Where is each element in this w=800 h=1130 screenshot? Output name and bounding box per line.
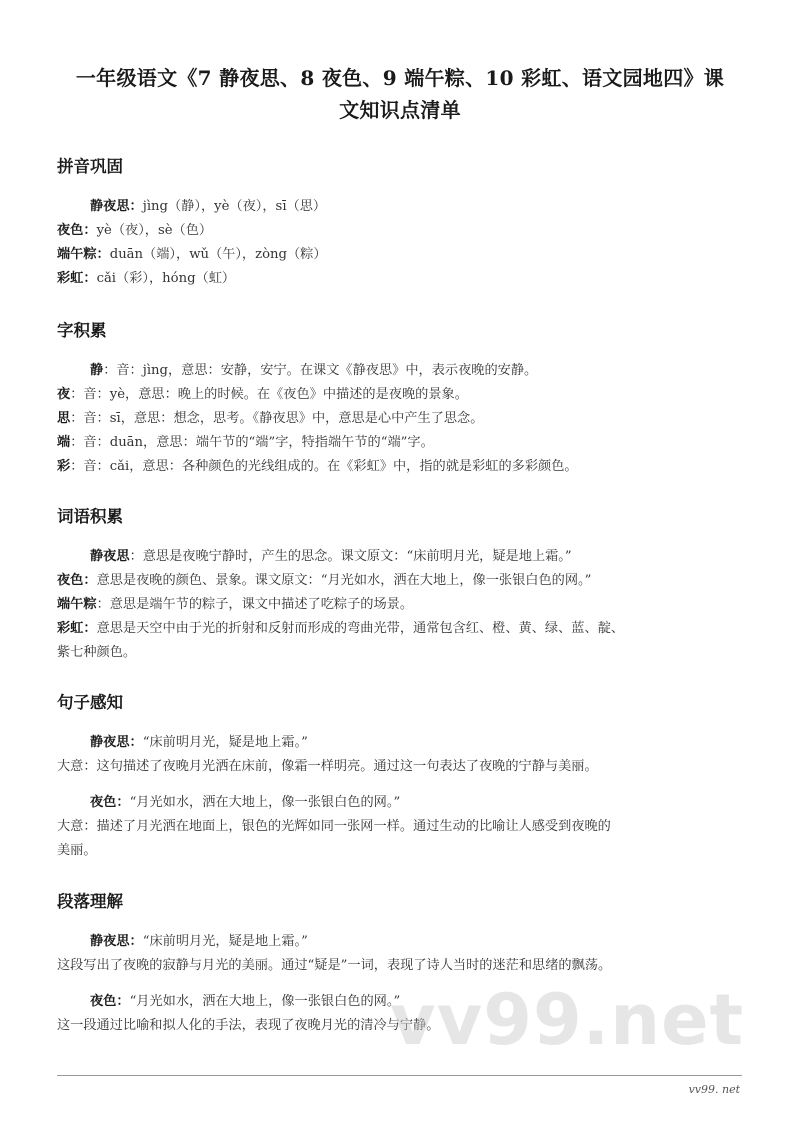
paragraph-explanation: 这段写出了夜晚的寂静与月光的美丽。通过“疑是”一词，表现了诗人当时的迷茫和思绪的… [57,954,747,978]
character-text: ：音：yè，意思：晚上的时候。在《夜色》中描述的是夜晚的景象。 [70,387,468,402]
pinyin-text: cǎi（彩），hóng（虹） [97,271,236,286]
term-label: 静夜思： [90,199,143,214]
term-label: 静夜思： [90,735,143,750]
paragraph-quote: 夜色：“月光如水，洒在大地上，像一张银白色的网。” [57,990,747,1014]
term-label: 夜色： [57,223,97,238]
footer-site-label: vv99. net [689,1083,740,1096]
character-line: 端：音：duān，意思：端午节的“端”字，特指端午节的“端”字。 [57,431,747,455]
term-label: 夜色： [90,994,130,1009]
sentence-explanation-continued: 美丽。 [57,839,747,863]
quote-text: “月光如水，洒在大地上，像一张银白色的网。” [130,994,401,1009]
quote-text: “床前明月光，疑是地上霜。” [143,735,308,750]
section-heading: 拼音巩固 [57,156,747,178]
vocabulary-line: 夜色：意思是夜晚的颜色、景象。课文原文：“月光如水，洒在大地上，像一张银白色的网… [57,569,747,593]
term-label: 端午粽 [57,597,97,612]
character-line: 彩：音：cǎi，意思：各种颜色的光线组成的。在《彩虹》中，指的就是彩虹的多彩颜色… [57,455,747,479]
term-label: 端 [57,435,70,450]
term-label: 夜色： [90,795,130,810]
section-heading: 字积累 [57,320,747,342]
term-label: 思 [57,411,70,426]
vocabulary-line-continued: 紫七种颜色。 [57,641,747,665]
title-line-1: 一年级语文《7 静夜思、8 夜色、9 端午粽、10 彩虹、语文园地四》课 [55,62,745,94]
term-label: 静夜思： [90,934,143,949]
section-heading: 词语积累 [57,506,747,528]
paragraph-explanation: 这一段通过比喻和拟人化的手法，表现了夜晚月光的清冷与宁静。 [57,1014,747,1038]
section-heading: 句子感知 [57,692,747,714]
section-pinyin: 拼音巩固 静夜思：jìng（静），yè（夜），sī（思） 夜色：yè（夜），sè… [57,156,747,291]
vocabulary-text: 紫七种颜色。 [57,645,136,660]
character-line: 静：音：jìng，意思：安静，安宁。在课文《静夜思》中，表示夜晚的安静。 [57,359,747,383]
character-text: ：音：duān，意思：端午节的“端”字，特指端午节的“端”字。 [70,435,434,450]
sentence-quote: 夜色：“月光如水，洒在大地上，像一张银白色的网。” [57,791,747,815]
character-line: 夜：音：yè，意思：晚上的时候。在《夜色》中描述的是夜晚的景象。 [57,383,747,407]
pinyin-text: duān（端），wǔ（午），zòng（粽） [110,247,327,262]
sentence-quote: 静夜思：“床前明月光，疑是地上霜。” [57,731,747,755]
vocabulary-line: 彩虹：意思是天空中由于光的折射和反射而形成的弯曲光带，通常包含红、橙、黄、绿、蓝… [57,617,747,641]
section-sentences: 句子感知 静夜思：“床前明月光，疑是地上霜。” 大意：这句描述了夜晚月光洒在床前… [57,692,747,863]
document-title: 一年级语文《7 静夜思、8 夜色、9 端午粽、10 彩虹、语文园地四》课 文知识… [55,62,745,126]
pinyin-line: 夜色：yè（夜），sè（色） [57,219,747,243]
term-label: 夜 [57,387,70,402]
title-line-2: 文知识点清单 [55,94,745,126]
quote-text: “床前明月光，疑是地上霜。” [143,934,308,949]
term-label: 彩虹： [57,621,97,636]
vocabulary-line: 端午粽：意思是端午节的粽子，课文中描述了吃粽子的场景。 [57,593,747,617]
section-paragraphs: 段落理解 静夜思：“床前明月光，疑是地上霜。” 这段写出了夜晚的寂静与月光的美丽… [57,891,747,1038]
sentence-explanation: 大意：这句描述了夜晚月光洒在床前，像霜一样明亮。通过这一句表达了夜晚的宁静与美丽… [57,755,747,779]
paragraph-quote: 静夜思：“床前明月光，疑是地上霜。” [57,930,747,954]
character-line: 思：音：sī，意思：想念，思考。《静夜思》中，意思是心中产生了思念。 [57,407,747,431]
term-label: 夜色： [57,573,97,588]
character-text: ：音：sī，意思：想念，思考。《静夜思》中，意思是心中产生了思念。 [70,411,483,426]
pinyin-text: yè（夜），sè（色） [97,223,213,238]
term-label: 彩 [57,459,70,474]
character-text: ：音：jìng，意思：安静，安宁。在课文《静夜思》中，表示夜晚的安静。 [103,363,537,378]
vocabulary-line: 静夜思：意思是夜晚宁静时，产生的思念。课文原文：“床前明月光，疑是地上霜。” [57,545,747,569]
vocabulary-text: 意思是天空中由于光的折射和反射而形成的弯曲光带，通常包含红、橙、黄、绿、蓝、靛、 [97,621,625,636]
pinyin-line: 彩虹：cǎi（彩），hóng（虹） [57,267,747,291]
section-heading: 段落理解 [57,891,747,913]
vocabulary-text: ：意思是夜晚宁静时，产生的思念。课文原文：“床前明月光，疑是地上霜。” [130,549,572,564]
term-label: 端午粽： [57,247,110,262]
pinyin-line: 端午粽：duān（端），wǔ（午），zòng（粽） [57,243,747,267]
footer-divider [57,1075,742,1076]
term-label: 静夜思 [90,549,130,564]
section-characters: 字积累 静：音：jìng，意思：安静，安宁。在课文《静夜思》中，表示夜晚的安静。… [57,320,747,479]
pinyin-line: 静夜思：jìng（静），yè（夜），sī（思） [57,195,747,219]
term-label: 彩虹： [57,271,97,286]
character-text: ：音：cǎi，意思：各种颜色的光线组成的。在《彩虹》中，指的就是彩虹的多彩颜色。 [70,459,577,474]
vocabulary-text: ：意思是端午节的粽子，课文中描述了吃粽子的场景。 [97,597,414,612]
term-label: 静 [90,363,103,378]
pinyin-text: jìng（静），yè（夜），sī（思） [143,199,326,214]
section-vocabulary: 词语积累 静夜思：意思是夜晚宁静时，产生的思念。课文原文：“床前明月光，疑是地上… [57,506,747,665]
sentence-explanation: 大意：描述了月光洒在地面上，银色的光辉如同一张网一样。通过生动的比喻让人感受到夜… [57,815,747,839]
vocabulary-text: 意思是夜晚的颜色、景象。课文原文：“月光如水，洒在大地上，像一张银白色的网。” [97,573,592,588]
quote-text: “月光如水，洒在大地上，像一张银白色的网。” [130,795,401,810]
document-page: 一年级语文《7 静夜思、8 夜色、9 端午粽、10 彩虹、语文园地四》课 文知识… [0,0,800,1130]
